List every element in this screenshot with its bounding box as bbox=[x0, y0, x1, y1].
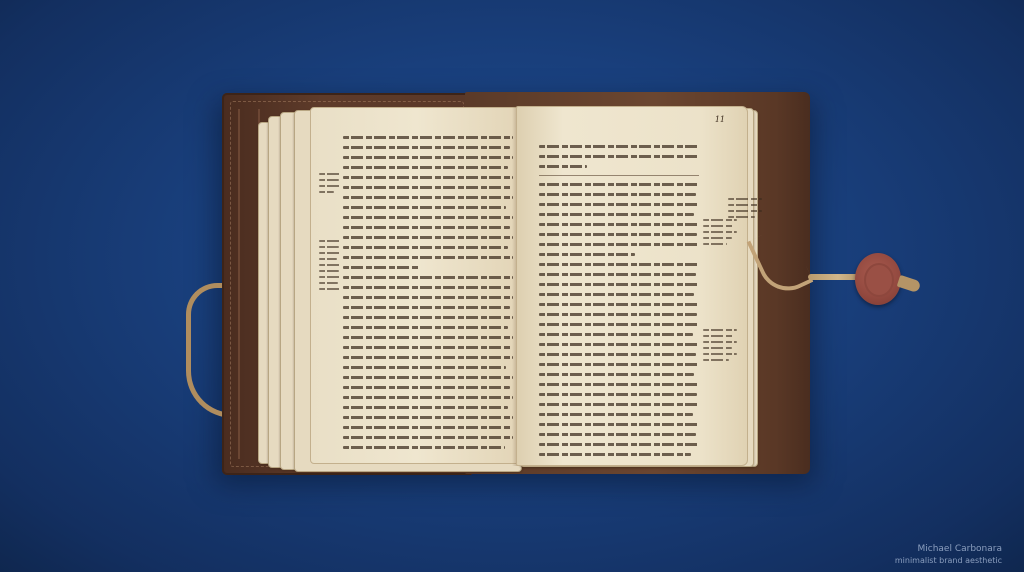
left-page bbox=[310, 107, 524, 464]
margin-note bbox=[703, 219, 737, 245]
cover-margin-note bbox=[728, 198, 762, 218]
margin-note bbox=[319, 173, 341, 193]
right-page-text bbox=[539, 145, 699, 456]
cover-spine-tooling bbox=[238, 109, 260, 459]
wax-seal bbox=[855, 253, 901, 305]
page-number: 11 bbox=[715, 115, 725, 124]
watermark-name: Michael Carbonara bbox=[895, 544, 1002, 555]
margin-note bbox=[703, 329, 737, 361]
wax-seal-impression bbox=[864, 263, 894, 297]
margin-note bbox=[319, 240, 341, 290]
watermark: Michael Carbonara minimalist brand aesth… bbox=[895, 544, 1002, 566]
right-page: 11 bbox=[516, 106, 748, 466]
watermark-tagline: minimalist brand aesthetic bbox=[895, 555, 1002, 566]
seal-tie-end bbox=[897, 275, 922, 293]
left-page-text bbox=[343, 136, 513, 449]
